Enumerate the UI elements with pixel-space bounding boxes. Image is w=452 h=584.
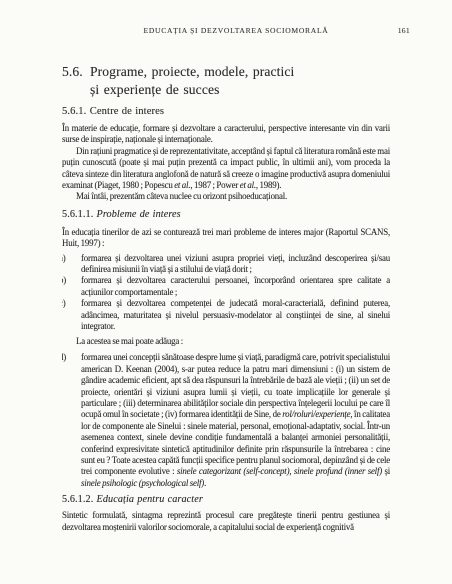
problem-list: a) formarea și dezvoltarea unei viziuni … [62, 253, 390, 333]
chapter-title-line2: și experiențe de succes [90, 81, 294, 99]
list-item-marker: a) [62, 253, 81, 276]
page-content: 5.6. Programe, proiecte, modele, practic… [62, 63, 390, 573]
list-item-marker: b) [62, 275, 81, 298]
list-item-marker: c) [62, 298, 81, 332]
paragraph-intro: În materie de educație, formare și dezvo… [62, 123, 390, 146]
list-item-b: b) formarea și dezvoltarea caracterului … [62, 275, 390, 298]
subsection-heading-5612: 5.6.1.2. Educația pentru caracter [62, 494, 390, 506]
section-heading-561: 5.6.1. Centre de interes [62, 106, 390, 118]
list-item-c: c) formarea și dezvoltarea competenței d… [62, 298, 390, 332]
running-title: EDUCAȚIA ȘI DEZVOLTAREA SOCIOMORALĂ [62, 26, 410, 35]
chapter-title-line1: Programe, proiecte, modele, practici [90, 63, 294, 81]
chapter-number: 5.6. [62, 63, 90, 99]
page-number: 161 [398, 26, 410, 35]
chapter-title: Programe, proiecte, modele, practici și … [90, 63, 294, 99]
list-item-marker: d) [62, 352, 81, 489]
section-number: 5.6.1. [62, 106, 86, 117]
paragraph-transition: Mai întâi, prezentăm câteva nuclee cu or… [62, 191, 390, 202]
list-item-d: d) formarea unei concepții sănătoase des… [62, 352, 390, 489]
paragraph-addendum-lead: La acestea se mai poate adăuga : [62, 336, 390, 347]
list-item-a: a) formarea și dezvoltarea unei viziuni … [62, 253, 390, 276]
book-page: EDUCAȚIA ȘI DEZVOLTAREA SOCIOMORALĂ 161 … [0, 0, 452, 584]
subsection-heading-5611: 5.6.1.1. Probleme de interes [62, 209, 390, 221]
subsection-title: Educația pentru caracter [97, 494, 203, 505]
chapter-heading: 5.6. Programe, proiecte, modele, practic… [62, 63, 390, 99]
paragraph-problems-intro: În educația tinerilor de azi se conturea… [62, 227, 390, 250]
list-item-text: formarea unei concepții sănătoase despre… [81, 352, 390, 489]
subsection-number: 5.6.1.2. [62, 494, 93, 505]
running-head: EDUCAȚIA ȘI DEZVOLTAREA SOCIOMORALĂ 161 [62, 26, 410, 35]
list-item-text: formarea și dezvoltarea unei viziuni asu… [81, 253, 390, 276]
section-title: Centre de interes [90, 106, 164, 117]
list-item-text: formarea și dezvoltarea caracterului per… [81, 275, 390, 298]
paragraph-character-education: Sintetic formulată, sintagma reprezintă … [62, 510, 390, 533]
subsection-title: Probleme de interes [97, 209, 181, 220]
subsection-number: 5.6.1.1. [62, 209, 93, 220]
list-item-text: formarea și dezvoltarea competenței de j… [81, 298, 390, 332]
paragraph-rationale: Din rațiuni pragmatice și de reprezentat… [62, 146, 390, 192]
